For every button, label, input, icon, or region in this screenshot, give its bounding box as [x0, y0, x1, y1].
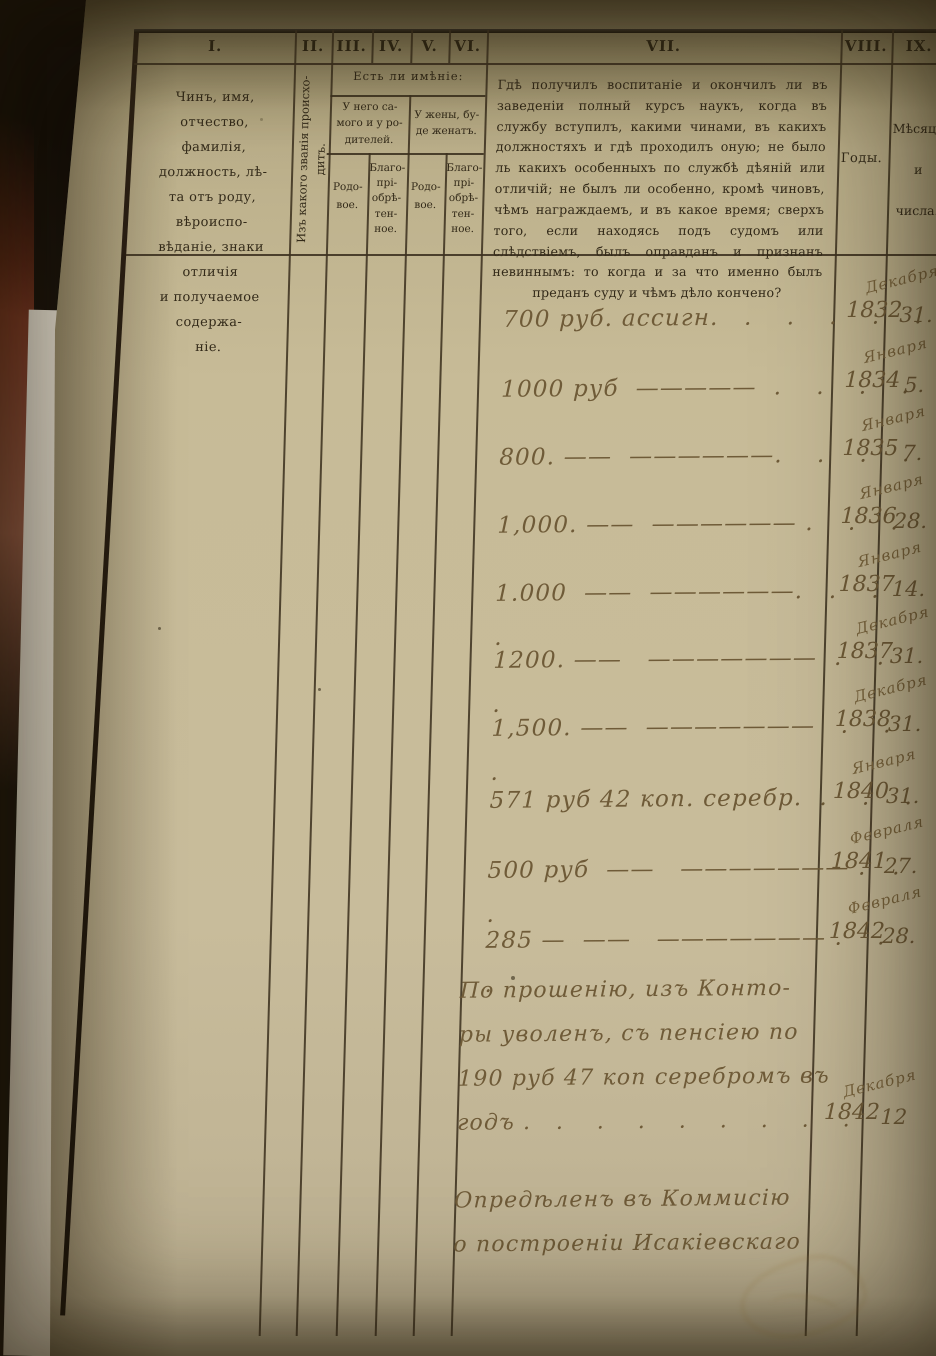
dust-speck	[158, 627, 161, 630]
scanned-ledger-page: I. II. III. IV. V. VI. VII. VIII. IX. Чи…	[0, 0, 936, 1356]
column-numeral-9: IX.	[891, 37, 936, 55]
rank-name-header: Чинъ, имя, отчество, фамилія, должность,…	[133, 86, 291, 360]
origin-class-header: Изъ какого званія происхо- дитъ.	[293, 73, 332, 245]
entry-year: 1832	[846, 298, 897, 323]
column-numeral-1: I.	[135, 37, 295, 55]
estate-title-underline	[330, 95, 485, 97]
estate-wife-subheader: У жены, бу- де женатъ.	[409, 107, 484, 140]
dust-speck	[318, 688, 321, 691]
table-left-border	[60, 30, 139, 1316]
months-days-header: Мѣсяцы и числа.	[886, 108, 936, 231]
entry-day: 28.	[874, 924, 925, 948]
column-numeral-6: VI.	[448, 37, 487, 55]
column-numeral-4: IV.	[371, 37, 411, 55]
estate-own-subheader: У него са- мого и у ро- дителей.	[331, 99, 408, 148]
paper-sheet: I. II. III. IV. V. VI. VII. VIII. IX. Чи…	[0, 0, 936, 1356]
entry-year: 1837	[836, 639, 887, 664]
divider-col4-col5	[375, 95, 411, 1336]
hereditary-label-wife: Родо- вое.	[407, 179, 444, 215]
column-numeral-2: II.	[294, 37, 332, 55]
entry-day: 31.	[891, 303, 936, 327]
entry-year: 1842	[829, 919, 880, 944]
years-header: Годы.	[835, 151, 887, 166]
estate-group-title: Есть ли имѣніе:	[331, 69, 486, 83]
entry-day: 28.	[885, 509, 936, 533]
entry-amount: Опредѣленъ въ Коммисію о построеніи Исак…	[453, 1176, 802, 1267]
entry-day: 31.	[881, 644, 932, 668]
table-top-border	[134, 29, 936, 33]
entry-day: 31.	[877, 784, 928, 808]
entry-year: 1838	[835, 707, 886, 732]
entry-month: Декабря	[841, 1057, 936, 1101]
column-numeral-7: VII.	[486, 37, 841, 55]
entry-year: 1840	[833, 779, 884, 804]
column-numeral-5: V.	[410, 37, 449, 55]
entry-year: 1836	[840, 504, 891, 529]
service-record-table: I. II. III. IV. V. VI. VII. VIII. IX. Чи…	[0, 0, 936, 1356]
estate-sub-underline	[327, 153, 484, 155]
service-history-header: Гдѣ получилъ воспитаніе и окончилъ ли въ…	[492, 75, 828, 304]
dust-speck	[260, 118, 263, 121]
entry-year: 1841	[831, 849, 882, 874]
entry-day: 14.	[883, 577, 934, 601]
acquired-label-own: Благо- прі- обрѣ- тен- ное.	[366, 161, 406, 237]
entry-day: 12	[868, 1105, 919, 1129]
entry-year: 1835	[842, 436, 893, 461]
entry-day: 7.	[887, 441, 936, 465]
numeral-row-underline	[134, 63, 936, 65]
divider-col3-col4	[336, 153, 371, 1336]
column-numeral-8: VIII.	[840, 37, 892, 55]
column-numeral-3: III.	[331, 37, 372, 55]
entry-day: 5.	[889, 373, 936, 397]
entry-amount: По прошенію, изъ Конто- ры уволенъ, съ п…	[457, 966, 854, 1145]
hereditary-label-own: Родо- вое.	[328, 179, 367, 215]
entry-month: Декабря	[864, 253, 936, 297]
entry-amount: 1,000. —— —————— . . .	[497, 500, 900, 548]
dust-speck	[511, 976, 515, 980]
entry-day: 27.	[875, 854, 926, 878]
entry-day: 31.	[879, 712, 930, 736]
entry-year: 1834	[844, 368, 895, 393]
divider-col5-col6	[413, 153, 448, 1336]
entry-year: 1837	[838, 572, 889, 597]
acquired-label-wife: Благо- прі- обрѣ- тен- ное.	[444, 161, 482, 237]
entry-year: 1842	[824, 1100, 875, 1125]
